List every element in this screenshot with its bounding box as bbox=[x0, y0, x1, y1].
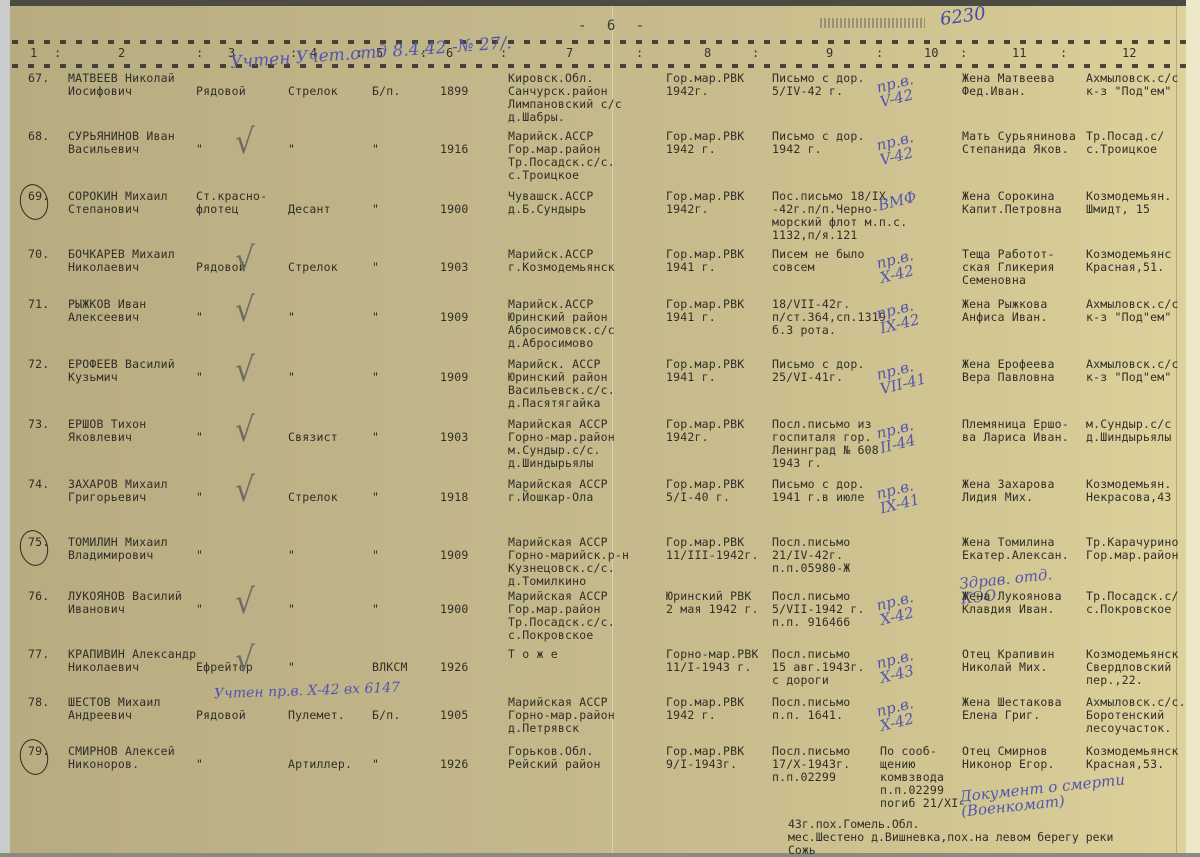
column-separator: : bbox=[196, 46, 203, 60]
cell-specialty: Артиллер. bbox=[288, 758, 352, 771]
cell-address: Тр.Посадск.с/ с.Покровское bbox=[1086, 590, 1179, 616]
cell-rank: Рядовой bbox=[196, 709, 246, 722]
pencil-check-icon: √ bbox=[235, 470, 255, 510]
cell-specialty: " bbox=[288, 143, 295, 156]
cell-relative: Мать Сурьянинова Степанида Яков. bbox=[962, 130, 1076, 156]
cell-party: " bbox=[372, 603, 379, 616]
cell-rvk: Гор.мар.РВК 11/III-1942г. bbox=[666, 536, 759, 562]
cell-birth-year: 1900 bbox=[440, 203, 469, 216]
cell-address: м.Сундыр.с/с д.Шиндырьялы bbox=[1086, 418, 1171, 444]
column-number-9: 9 bbox=[826, 46, 833, 60]
pencil-check-icon: √ bbox=[235, 640, 255, 680]
cell-relative: Жена Матвеева Фед.Иван. bbox=[962, 72, 1055, 98]
column-number-10: 10 bbox=[924, 46, 938, 60]
cell-name: КРАПИВИН Александр Николаевич bbox=[68, 648, 196, 674]
cell-birth-year: 1905 bbox=[440, 709, 469, 722]
cell-specialty: " bbox=[288, 661, 295, 674]
cell-rank: " bbox=[196, 431, 203, 444]
cell-place: Марийск.АССР Юринский район Абросимовск.… bbox=[508, 298, 615, 350]
column-number-1: 1 bbox=[30, 46, 37, 60]
column-separator: : bbox=[752, 46, 759, 60]
cell-rank: " bbox=[196, 143, 203, 156]
header-rule-top bbox=[12, 40, 1188, 44]
column-number-7: 7 bbox=[566, 46, 573, 60]
cell-rvk: Гор.мар.РВК 1941 г. bbox=[666, 358, 744, 384]
pencil-check-icon: √ bbox=[235, 410, 255, 450]
cell-name: СОРОКИН Михаил Степанович bbox=[68, 190, 168, 216]
cell-num: 71. bbox=[28, 298, 49, 311]
cell-extra: По сооб- щению комвзвода п.п.02299 погиб… bbox=[880, 745, 965, 810]
cell-last-news: Посл.письмо 21/IV-42г. п.п.05980-Ж bbox=[772, 536, 850, 575]
cell-rvk: Гор.мар.РВК 1942г. bbox=[666, 418, 744, 444]
cell-specialty: Связист bbox=[288, 431, 338, 444]
cell-birth-year: 1918 bbox=[440, 491, 469, 504]
cell-name: ТОМИЛИН Михаил Владимирович bbox=[68, 536, 168, 562]
cell-last-news: Посл.письмо 5/VII-1942 г. п.п. 916466 bbox=[772, 590, 865, 629]
cell-name: СУРЬЯНИНОВ Иван Васильевич bbox=[68, 130, 175, 156]
cell-relative: Жена Сорокина Капит.Петровна bbox=[962, 190, 1062, 216]
cell-birth-year: 1903 bbox=[440, 431, 469, 444]
cell-place: Марийск.АССР Гор.мар.район Тр.Посадск.с/… bbox=[508, 130, 615, 182]
pencil-check-icon: √ bbox=[235, 350, 255, 390]
cell-last-news: Посл.письмо 15 авг.1943г. с дороги bbox=[772, 648, 865, 687]
cell-last-news: Письмо с дор. 1942 г. bbox=[772, 130, 865, 156]
cell-birth-year: 1909 bbox=[440, 311, 469, 324]
cell-rvk: Гор.мар.РВК 1942г. bbox=[666, 190, 744, 216]
cell-relative: Отец Смирнов Никонор Егор. bbox=[962, 745, 1055, 771]
cell-last-news: Посл.письмо 17/X-1943г. п.п.02299 bbox=[772, 745, 850, 784]
cell-birth-year: 1916 bbox=[440, 143, 469, 156]
cell-last-news: Письмо с дор. 5/IV-42 г. bbox=[772, 72, 865, 98]
cell-address: Козмодемьян. Шмидт, 15 bbox=[1086, 190, 1171, 216]
cell-address: Ахмыловск.с/с. Боротенский лесоучасток. bbox=[1086, 696, 1186, 735]
cell-rank: " bbox=[196, 311, 203, 324]
cell-place: Марийск. АССР Юринский район Васильевск.… bbox=[508, 358, 615, 410]
cell-place: Марийская АССР Горно-марийск.р-н Кузнецо… bbox=[508, 536, 629, 588]
cell-address: Козмодемьянск Свердловский пер.,22. bbox=[1086, 648, 1179, 687]
cell-last-news: Письмо с дор. 25/VI-41г. bbox=[772, 358, 865, 384]
cell-rvk: Гор.мар.РВК 9/I-1943г. bbox=[666, 745, 744, 771]
cell-name: ЕРШОВ Тихон Яковлевич bbox=[68, 418, 146, 444]
cell-num: 77. bbox=[28, 648, 49, 661]
pencil-check-icon: √ bbox=[235, 290, 255, 330]
cell-name: СМИРНОВ Алексей Никоноров. bbox=[68, 745, 175, 771]
cell-party: " bbox=[372, 431, 379, 444]
column-number-2: 2 bbox=[118, 46, 125, 60]
cell-rvk: Гор.мар.РВК 1941 г. bbox=[666, 298, 744, 324]
cell-name: МАТВЕЕВ Николай Иосифович bbox=[68, 72, 175, 98]
cell-rank: " bbox=[196, 371, 203, 384]
cell-address: Ахмыловск.с/с к-з "Под"ем" bbox=[1086, 358, 1179, 384]
cell-last-news: Письмо с дор. 1941 г.в июле bbox=[772, 478, 865, 504]
cell-relative: Жена Томилина Екатер.Алексан. bbox=[962, 536, 1069, 562]
cell-rank: " bbox=[196, 491, 203, 504]
column-separator: : bbox=[1060, 46, 1067, 60]
scan-edge-left bbox=[0, 0, 10, 857]
cell-num: 72. bbox=[28, 358, 49, 371]
cell-specialty: " bbox=[288, 311, 295, 324]
cell-rvk: Гор.мар.РВК 1942 г. bbox=[666, 130, 744, 156]
cell-party: " bbox=[372, 143, 379, 156]
cell-rvk: Гор.мар.РВК 5/I-40 г. bbox=[666, 478, 744, 504]
cell-birth-year: 1899 bbox=[440, 85, 469, 98]
cell-birth-year: 1926 bbox=[440, 758, 469, 771]
cell-num: 78. bbox=[28, 696, 49, 709]
cell-place: Чувашск.АССР д.Б.Сундырь bbox=[508, 190, 593, 216]
column-number-12: 12 bbox=[1122, 46, 1136, 60]
cell-num: 76. bbox=[28, 590, 49, 603]
cell-num: 68. bbox=[28, 130, 49, 143]
cell-specialty: Стрелок bbox=[288, 85, 338, 98]
cell-num: 67. bbox=[28, 72, 49, 85]
cell-address: Козмодемьянс Красная,51. bbox=[1086, 248, 1171, 274]
cell-name: РЫЖКОВ Иван Алексеевич bbox=[68, 298, 146, 324]
cell-specialty: " bbox=[288, 371, 295, 384]
cell-address: Тр.Посад.с/ с.Троицкое bbox=[1086, 130, 1164, 156]
cell-birth-year: 1926 bbox=[440, 661, 469, 674]
cell-party: " bbox=[372, 758, 379, 771]
cell-specialty: Стрелок bbox=[288, 491, 338, 504]
cell-place: Кировск.Обл. Санчурск.район Лимпановский… bbox=[508, 72, 622, 124]
cell-num: 70. bbox=[28, 248, 49, 261]
cell-place: Марийская АССР Горно-мар.район м.Сундыр.… bbox=[508, 418, 615, 470]
cell-specialty: " bbox=[288, 549, 295, 562]
cell-last-news: Посл.письмо из госпиталя гор. Ленинград … bbox=[772, 418, 879, 470]
column-separator: : bbox=[960, 46, 967, 60]
cell-name: ЛУКОЯНОВ Василий Иванович bbox=[68, 590, 182, 616]
cell-address: Тр.Карачурино Гор.мар.район bbox=[1086, 536, 1179, 562]
cell-rvk: Гор.мар.РВК 1942 г. bbox=[666, 696, 744, 722]
column-separator: : bbox=[876, 46, 883, 60]
cell-rvk: Горно-мар.РВК 11/I-1943 г. bbox=[666, 648, 759, 674]
column-separator: : bbox=[636, 46, 643, 60]
cell-address: Козмодемьянск Красная,53. bbox=[1086, 745, 1179, 771]
cell-place: Марийская АССР Горно-мар.район д.Петрявс… bbox=[508, 696, 615, 735]
cell-relative: Жена Захарова Лидия Мих. bbox=[962, 478, 1055, 504]
pencil-check-icon: √ bbox=[235, 122, 255, 162]
cell-relative: Теща Работот- ская Гликерия Семеновна bbox=[962, 248, 1055, 287]
cell-rank: " bbox=[196, 758, 203, 771]
header-rule-bottom bbox=[12, 64, 1188, 68]
cell-birth-year: 1909 bbox=[440, 371, 469, 384]
cell-place: Горьков.Обл. Рейский район bbox=[508, 745, 601, 771]
column-number-8: 8 bbox=[704, 46, 711, 60]
cell-address: Ахмыловск.с/с к-з "Под"ем" bbox=[1086, 298, 1179, 324]
cell-name: ЗАХАРОВ Михаил Григорьевич bbox=[68, 478, 168, 504]
cell-rank: " bbox=[196, 603, 203, 616]
cell-relative: Отец Крапивин Николай Мих. bbox=[962, 648, 1055, 674]
cell-party: " bbox=[372, 203, 379, 216]
archive-stamp bbox=[820, 18, 925, 28]
cell-party: " bbox=[372, 371, 379, 384]
cell-party: " bbox=[372, 549, 379, 562]
cell-party: " bbox=[372, 311, 379, 324]
cell-birth-year: 1900 bbox=[440, 603, 469, 616]
cell-birth-year: 1903 bbox=[440, 261, 469, 274]
cell-rvk: Гор.мар.РВК 1941 г. bbox=[666, 248, 744, 274]
pencil-check-icon: √ bbox=[235, 240, 255, 280]
cell-place: Марийская АССР г.Йошкар-Ола bbox=[508, 478, 608, 504]
cell-relative: Жена Ерофеева Вера Павловна bbox=[962, 358, 1055, 384]
pencil-check-icon: √ bbox=[235, 582, 255, 622]
cell-last-news: Писем не было совсем bbox=[772, 248, 865, 274]
cell-rvk: Юринский РВК 2 мая 1942 г. bbox=[666, 590, 759, 616]
cell-num: 74. bbox=[28, 478, 49, 491]
cell-place: Т о ж е bbox=[508, 648, 558, 661]
cell-address: Ахмыловск.с/с к-з "Под"ем" bbox=[1086, 72, 1179, 98]
cell-specialty: Десант bbox=[288, 203, 331, 216]
cell-place: Марийская АССР Гор.мар.район Тр.Посадск.… bbox=[508, 590, 615, 642]
cell-party: ВЛКСМ bbox=[372, 661, 408, 674]
scan-edge-right bbox=[1186, 0, 1200, 857]
cell-name: ШЕСТОВ Михаил Андреевич bbox=[68, 696, 161, 722]
cell-party: Б/п. bbox=[372, 85, 401, 98]
cell-num: 73. bbox=[28, 418, 49, 431]
cell-rank: Рядовой bbox=[196, 85, 246, 98]
cell-rank: " bbox=[196, 549, 203, 562]
cell-name: ЕРОФЕЕВ Василий Кузьмич bbox=[68, 358, 175, 384]
page-number: - 6 - bbox=[578, 18, 650, 34]
cell-last-news: Посл.письмо п.п. 1641. bbox=[772, 696, 850, 722]
cell-specialty: Пулемет. bbox=[288, 709, 345, 722]
cell-party: " bbox=[372, 491, 379, 504]
cell-rvk: Гор.мар.РВК 1942г. bbox=[666, 72, 744, 98]
burial-footnote: 43г.пох.Гомель.Обл. мес.Шестено д.Вишнев… bbox=[788, 818, 1113, 857]
cell-relative: Племяница Ершо- ва Лариса Иван. bbox=[962, 418, 1069, 444]
cell-birth-year: 1909 bbox=[440, 549, 469, 562]
cell-place: Марийск.АССР г.Козмодемьянск bbox=[508, 248, 615, 274]
cell-relative: Жена Шестакова Елена Григ. bbox=[962, 696, 1062, 722]
cell-specialty: " bbox=[288, 603, 295, 616]
cell-party: " bbox=[372, 261, 379, 274]
cell-relative: Жена Лукоянова Клавдия Иван. bbox=[962, 590, 1062, 616]
cell-last-news: 18/VII-42г. п/ст.364,сп.1319 б.3 рота. bbox=[772, 298, 886, 337]
cell-name: БОЧКАРЕВ Михаил Николаевич bbox=[68, 248, 175, 274]
cell-specialty: Стрелок bbox=[288, 261, 338, 274]
cell-rank: Ст.красно- флотец bbox=[196, 190, 267, 216]
column-separator: : bbox=[54, 46, 61, 60]
cell-party: Б/п. bbox=[372, 709, 401, 722]
cell-relative: Жена Рыжкова Анфиса Иван. bbox=[962, 298, 1047, 324]
cell-address: Козмодемьян. Некрасова,43 bbox=[1086, 478, 1171, 504]
column-number-11: 11 bbox=[1012, 46, 1026, 60]
